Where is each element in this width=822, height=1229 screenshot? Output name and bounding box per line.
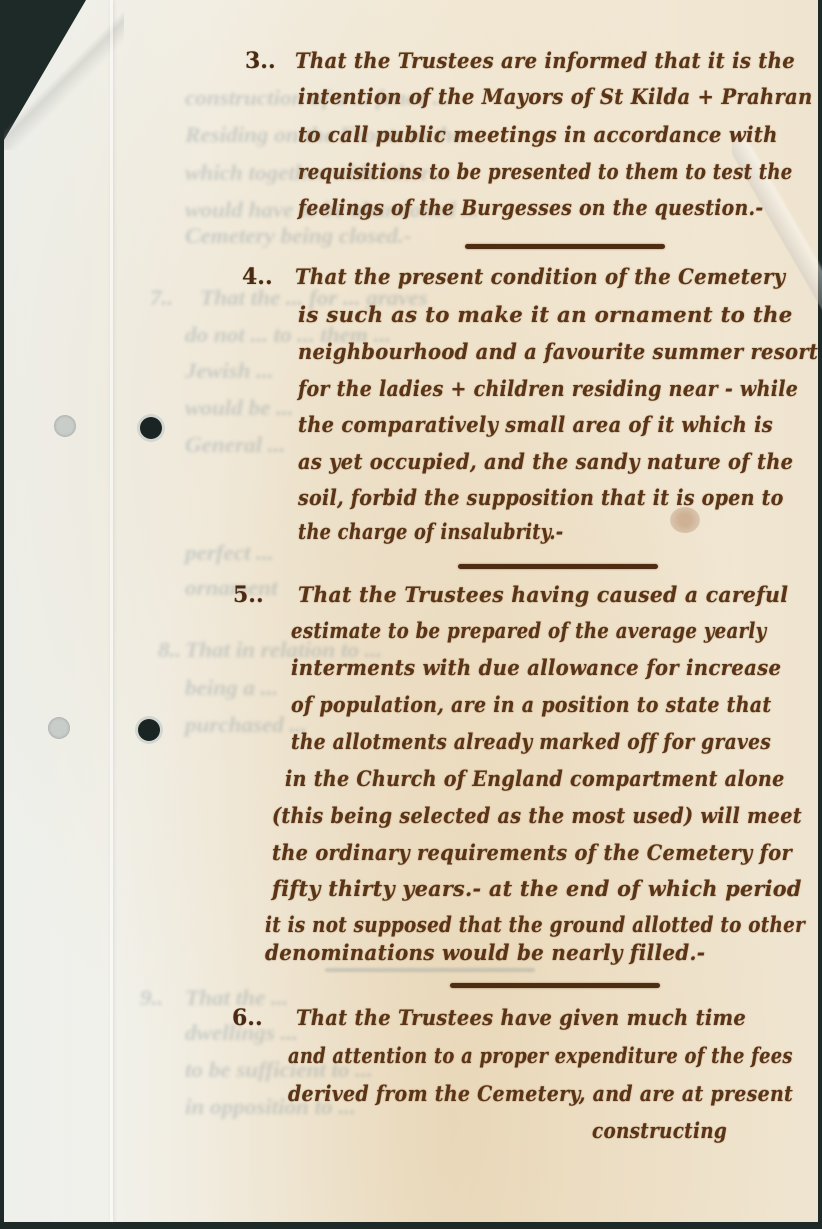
section-divider — [450, 983, 660, 988]
punch-hole-icon — [48, 717, 70, 739]
punch-hole-icon — [140, 417, 162, 439]
margin-fold-line — [110, 0, 113, 1222]
section-divider — [458, 564, 658, 569]
document-scan: construction of a ... fence ... Residing… — [0, 0, 822, 1229]
manuscript-page — [4, 0, 818, 1222]
punch-hole-icon — [54, 415, 76, 437]
section-divider — [465, 244, 665, 249]
paper-stain — [670, 507, 700, 533]
item-number: 5.. — [233, 582, 264, 608]
item-number: 4.. — [242, 264, 273, 290]
bleed-through-rule — [325, 968, 535, 972]
punch-hole-icon — [138, 719, 160, 741]
item-number: 3.. — [245, 48, 276, 74]
item-number: 6.. — [232, 1005, 263, 1031]
